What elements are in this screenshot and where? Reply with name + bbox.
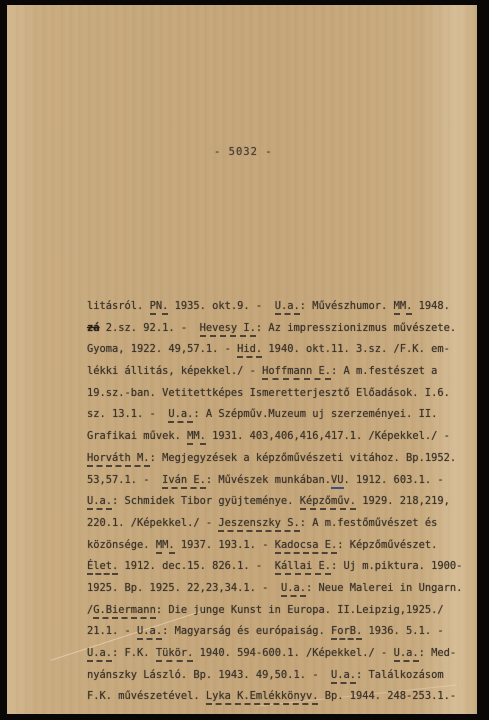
- text-segment: 1940. okt.11. 3.sz. /F.K. em-: [262, 343, 450, 355]
- text-line: sz. 13.1. - U.a.: A Szépműv.Muzeum uj sz…: [87, 405, 472, 427]
- text-segment: 1931. 403,406,416,417.1. /Képekkel./ -: [206, 430, 450, 442]
- text-segment: : Képzőművészet.: [337, 539, 437, 551]
- underlined-text-segment: U.a.: [87, 495, 112, 510]
- underlined-text-segment: Hid.: [237, 343, 262, 358]
- underlined-text-segment: Kállai E.: [275, 560, 331, 575]
- text-line: 53,57.1. - Iván E.: Művészek munkában.VU…: [87, 471, 472, 493]
- scanned-document-page: - 5032 - litásról. PN. 1935. okt.9. - U.…: [0, 0, 489, 720]
- struck-text-segment: zá: [87, 322, 100, 334]
- underlined-text-segment: Hoffmann E.: [262, 365, 331, 380]
- text-segment: sz. 13.1. -: [87, 408, 168, 420]
- text-line: /G.Biermann: Die junge Kunst in Europa. …: [87, 601, 472, 623]
- underlined-text-segment: U.a.: [137, 625, 162, 640]
- text-line: litásról. PN. 1935. okt.9. - U.a.: Művés…: [87, 297, 472, 319]
- text-line: 19.sz.-ban. Vetitettképes Ismeretterjesz…: [87, 384, 472, 406]
- text-segment: 1948.: [412, 300, 450, 312]
- paper-sheet: - 5032 - litásról. PN. 1935. okt.9. - U.…: [7, 5, 477, 714]
- text-line: Gyoma, 1922. 49,57.1. - Hid. 1940. okt.1…: [87, 340, 472, 362]
- text-segment: 1935. okt.9. -: [168, 300, 274, 312]
- text-segment: F.K. művészetével.: [87, 690, 206, 702]
- text-segment: Bp. 1944. 248-253.1.-: [318, 690, 456, 702]
- underlined-text-segment: MM.: [156, 539, 175, 554]
- underlined-text-segment: VU: [331, 474, 344, 489]
- text-line: 220.1. /Képekkel./ - Jeszenszky S.: A m.…: [87, 514, 472, 536]
- underlined-text-segment: PN.: [150, 300, 169, 315]
- underlined-text-segment: Hevesy I.: [200, 322, 256, 337]
- text-line: F.K. művészetével. Lyka K.Emlékkönyv. Bp…: [87, 687, 472, 709]
- text-line: Grafikai művek. MM. 1931. 403,406,416,41…: [87, 427, 472, 449]
- text-segment: nyánszky László. Bp. 1943. 49,50.1. -: [87, 669, 331, 681]
- text-segment: : Művészhumor.: [300, 300, 394, 312]
- underlined-text-segment: MM.: [394, 300, 413, 315]
- text-segment: : Megjegyzések a képzőművészeti vitához.…: [150, 452, 457, 464]
- underlined-text-segment: U.a.: [331, 669, 356, 684]
- text-line: lékki állitás, képekkel./ - Hoffmann E.:…: [87, 362, 472, 384]
- text-segment: 21.1. -: [87, 625, 137, 637]
- text-segment: : Magyarság és európaiság.: [162, 625, 331, 637]
- underlined-text-segment: U.a.: [275, 300, 300, 315]
- text-segment: Grafikai művek.: [87, 430, 187, 442]
- text-segment: Gyoma, 1922. 49,57.1. -: [87, 343, 237, 355]
- underlined-text-segment: U.a.: [168, 408, 193, 423]
- text-segment: 19.sz.-ban. Vetitettképes Ismeretterjesz…: [87, 387, 450, 399]
- underlined-text-segment: Horváth M.: [87, 452, 150, 467]
- underlined-text-segment: MM.: [187, 430, 206, 445]
- text-line: Horváth M.: Megjegyzések a képzőművészet…: [87, 449, 472, 471]
- text-segment: . 1912. 603.1. -: [344, 474, 444, 486]
- text-segment: litásról.: [87, 300, 150, 312]
- text-segment: : A m.festőművészet és: [300, 517, 438, 529]
- text-segment: 1940. 594-600.1. /Képekkel./ -: [193, 647, 393, 659]
- text-segment: 1912. dec.15. 826.1. -: [118, 560, 274, 572]
- text-segment: közönsége.: [87, 539, 156, 551]
- text-segment: : A Szépműv.Muzeum uj szerzeményei. II.: [193, 408, 437, 420]
- text-segment: : F.K.: [112, 647, 156, 659]
- text-segment: : Die junge Kunst in Europa. II.Leipzig,…: [156, 604, 444, 616]
- text-segment: 1936. 5.1. -: [362, 625, 443, 637]
- underlined-text-segment: G.Biermann: [93, 604, 156, 619]
- text-segment: 2.sz. 92.1. -: [100, 322, 200, 334]
- text-segment: : Neue Malerei in Ungarn.: [306, 582, 462, 594]
- text-segment: : Schmidek Tibor gyüjteménye.: [112, 495, 300, 507]
- text-segment: : Találkozásom: [356, 669, 444, 681]
- text-line: közönsége. MM. 1937. 193.1. - Kadocsa E.…: [87, 536, 472, 558]
- text-segment: 1929. 218,219,: [356, 495, 450, 507]
- underlined-text-segment: Jeszenszky S.: [218, 517, 299, 532]
- text-segment: 220.1. /Képekkel./ -: [87, 517, 218, 529]
- text-segment: 53,57.1. -: [87, 474, 162, 486]
- text-line: zá 2.sz. 92.1. - Hevesy I.: Az impresszi…: [87, 319, 472, 341]
- underlined-text-segment: Tükör.: [156, 647, 194, 662]
- underlined-text-segment: ForB.: [331, 625, 362, 640]
- underlined-text-segment: Lyka K.Emlékkönyv.: [206, 690, 319, 705]
- underlined-text-segment: Kadocsa E.: [275, 539, 338, 554]
- text-line: 1925. Bp. 1925. 22,23,34.1. - U.a.: Neue…: [87, 579, 472, 601]
- text-line: Élet. 1912. dec.15. 826.1. - Kállai E.: …: [87, 557, 472, 579]
- underlined-text-segment: Élet.: [87, 560, 118, 575]
- text-segment: : Az impresszionizmus művészete.: [256, 322, 456, 334]
- text-segment: : Művészek munkában.: [206, 474, 331, 486]
- text-segment: 1937. 193.1. -: [175, 539, 275, 551]
- text-segment: : A m.festészet a: [331, 365, 437, 377]
- underlined-text-segment: U.a.: [87, 647, 112, 662]
- text-line: nyánszky László. Bp. 1943. 49,50.1. - U.…: [87, 666, 472, 688]
- page-number: - 5032 -: [214, 146, 273, 158]
- text-segment: : Med-: [419, 647, 457, 659]
- underlined-text-segment: Képzőműv.: [300, 495, 356, 510]
- text-segment: lékki állitás, képekkel./ -: [87, 365, 262, 377]
- text-segment: : Uj m.piktura. 1900-: [331, 560, 462, 572]
- text-line: U.a.: Schmidek Tibor gyüjteménye. Képzőm…: [87, 492, 472, 514]
- bibliography-text-block: litásról. PN. 1935. okt.9. - U.a.: Művés…: [87, 297, 472, 709]
- text-segment: 1925. Bp. 1925. 22,23,34.1. -: [87, 582, 281, 594]
- text-line: U.a.: F.K. Tükör. 1940. 594-600.1. /Képe…: [87, 644, 472, 666]
- underlined-text-segment: Iván E.: [162, 474, 206, 489]
- text-line: 21.1. - U.a.: Magyarság és európaiság. F…: [87, 622, 472, 644]
- underlined-text-segment: U.a.: [281, 582, 306, 597]
- underlined-text-segment: U.a.: [394, 647, 419, 662]
